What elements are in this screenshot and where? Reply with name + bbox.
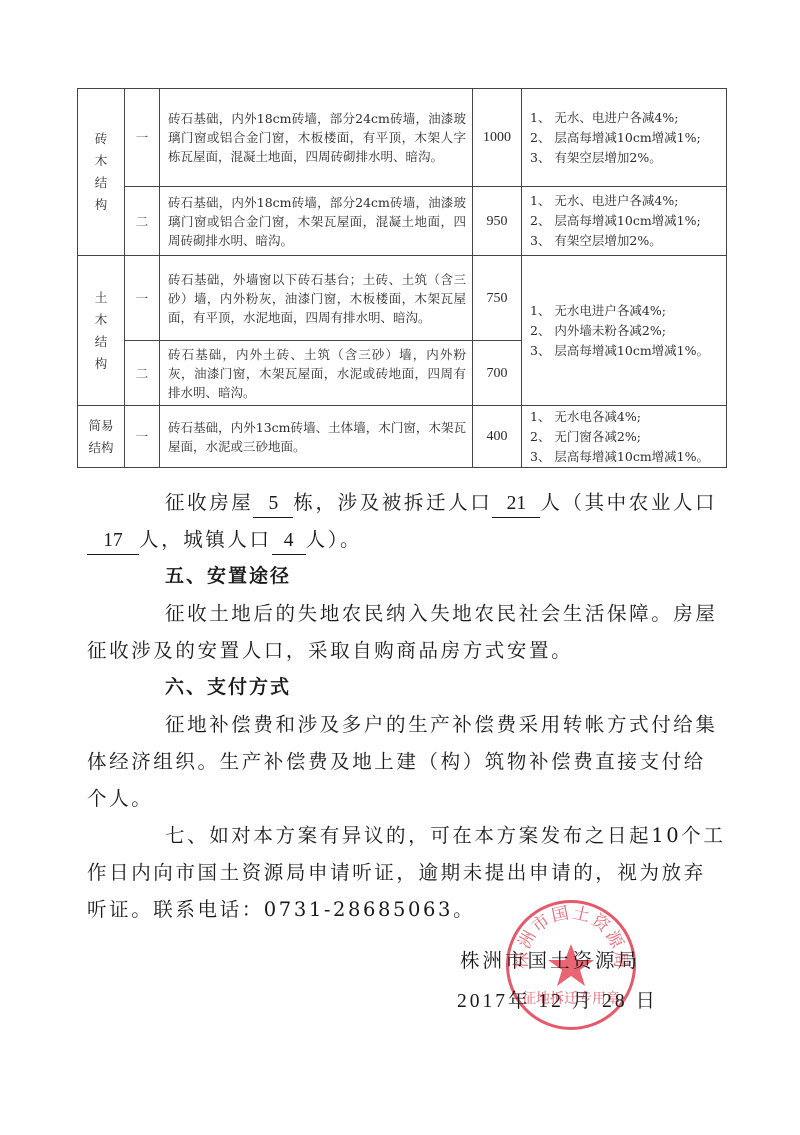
section-text-objection: 七、如对本方案有异议的，可在本方案发布之日起10个工作日内向市国土资源局申请听证… xyxy=(87,817,727,928)
people-total: 21 xyxy=(492,491,540,518)
price-cell: 1000 xyxy=(473,89,522,187)
signature-organization: 株洲市国土资源局 xyxy=(460,945,640,973)
category-cell-simple: 简易 结构 xyxy=(78,406,125,468)
signature-date: 2017年 12 月 28 日 xyxy=(457,985,658,1013)
grade-cell: 一 xyxy=(125,89,160,187)
price-cell: 750 xyxy=(473,256,522,341)
table-row: 土 木 结 构 一 砖石基础，外墙窗以下砖石基台；土砖、土筑（含三砂）墙，内外粉… xyxy=(78,256,727,341)
price-cell: 700 xyxy=(473,341,522,406)
description-cell: 砖石基础，外墙窗以下砖石基台；土砖、土筑（含三砂）墙，内外粉灰，油漆门窗，木板楼… xyxy=(160,256,473,341)
building-compensation-table: 砖 木 结 构 一 砖石基础，内外18cm砖墙，部分24cm砖墙，油漆玻璃门窗或… xyxy=(77,88,727,468)
description-cell: 砖石基础，内外18cm砖墙，部分24cm砖墙，油漆玻璃门窗或铝合金门窗，木板楼面… xyxy=(160,89,473,187)
grade-cell: 二 xyxy=(125,341,160,406)
table-row: 二 砖石基础，内外18cm砖墙，部分24cm砖墙，油漆玻璃门窗或铝合金门窗，木架… xyxy=(78,187,727,256)
description-cell: 砖石基础，内外土砖、土筑（含三砂）墙，内外粉灰，油漆门窗，木架瓦屋面，水泥或砖地… xyxy=(160,341,473,406)
table-row: 简易 结构 一 砖石基础，内外13cm砖墙、土体墙，木门窗，木架瓦屋面，水泥或三… xyxy=(78,406,727,468)
section-heading-payment: 六、支付方式 xyxy=(87,669,727,706)
adjustment-cell: 1、 无水、电进户各减4%; 2、 层高每增减10cm增减1%; 3、 有架空层… xyxy=(522,89,727,187)
category-cell-earth-wood: 土 木 结 构 xyxy=(78,256,125,406)
document-page: 砖 木 结 构 一 砖石基础，内外18cm砖墙，部分24cm砖墙，油漆玻璃门窗或… xyxy=(0,0,800,1135)
section-heading-resettlement: 五、安置途径 xyxy=(87,558,727,595)
houses-count: 5 xyxy=(253,491,293,518)
summary-paragraph: 征收房屋5栋，涉及被拆迁人口21人（其中农业人口17人，城镇人口4人）。 xyxy=(87,484,727,558)
grade-cell: 一 xyxy=(125,406,160,468)
table-row: 砖 木 结 构 一 砖石基础，内外18cm砖墙，部分24cm砖墙，油漆玻璃门窗或… xyxy=(78,89,727,187)
price-cell: 950 xyxy=(473,187,522,256)
section-text-resettlement: 征收土地后的失地农民纳入失地农民社会生活保障。房屋征收涉及的安置人口，采取自购商… xyxy=(87,595,727,669)
price-cell: 400 xyxy=(473,406,522,468)
adjustment-cell: 1、 无水电各减4%; 2、 无门窗各减2%; 3、 层高每增减10cm增减1%… xyxy=(522,406,727,468)
grade-cell: 一 xyxy=(125,256,160,341)
category-cell-brick-wood: 砖 木 结 构 xyxy=(78,89,125,256)
adjustment-cell: 1、 无水、电进户各减4%; 2、 层高每增减10cm增减1%; 3、 有架空层… xyxy=(522,187,727,256)
section-text-payment: 征地补偿费和涉及多户的生产补偿费采用转帐方式付给集体经济组织。生产补偿费及地上建… xyxy=(87,706,727,817)
people-urban: 4 xyxy=(272,528,306,555)
description-cell: 砖石基础，内外18cm砖墙，部分24cm砖墙，油漆玻璃门窗或铝合金门窗，木架瓦屋… xyxy=(160,187,473,256)
people-agricultural: 17 xyxy=(87,528,139,555)
adjustment-cell-shared: 1、 无水电进户各减4%; 2、 内外墙未粉各减2%; 3、 层高每增减10cm… xyxy=(522,256,727,406)
description-cell: 砖石基础，内外13cm砖墙、土体墙，木门窗，木架瓦屋面，水泥或三砂地面。 xyxy=(160,406,473,468)
body-text: 征收房屋5栋，涉及被拆迁人口21人（其中农业人口17人，城镇人口4人）。 五、安… xyxy=(87,484,727,928)
grade-cell: 二 xyxy=(125,187,160,256)
